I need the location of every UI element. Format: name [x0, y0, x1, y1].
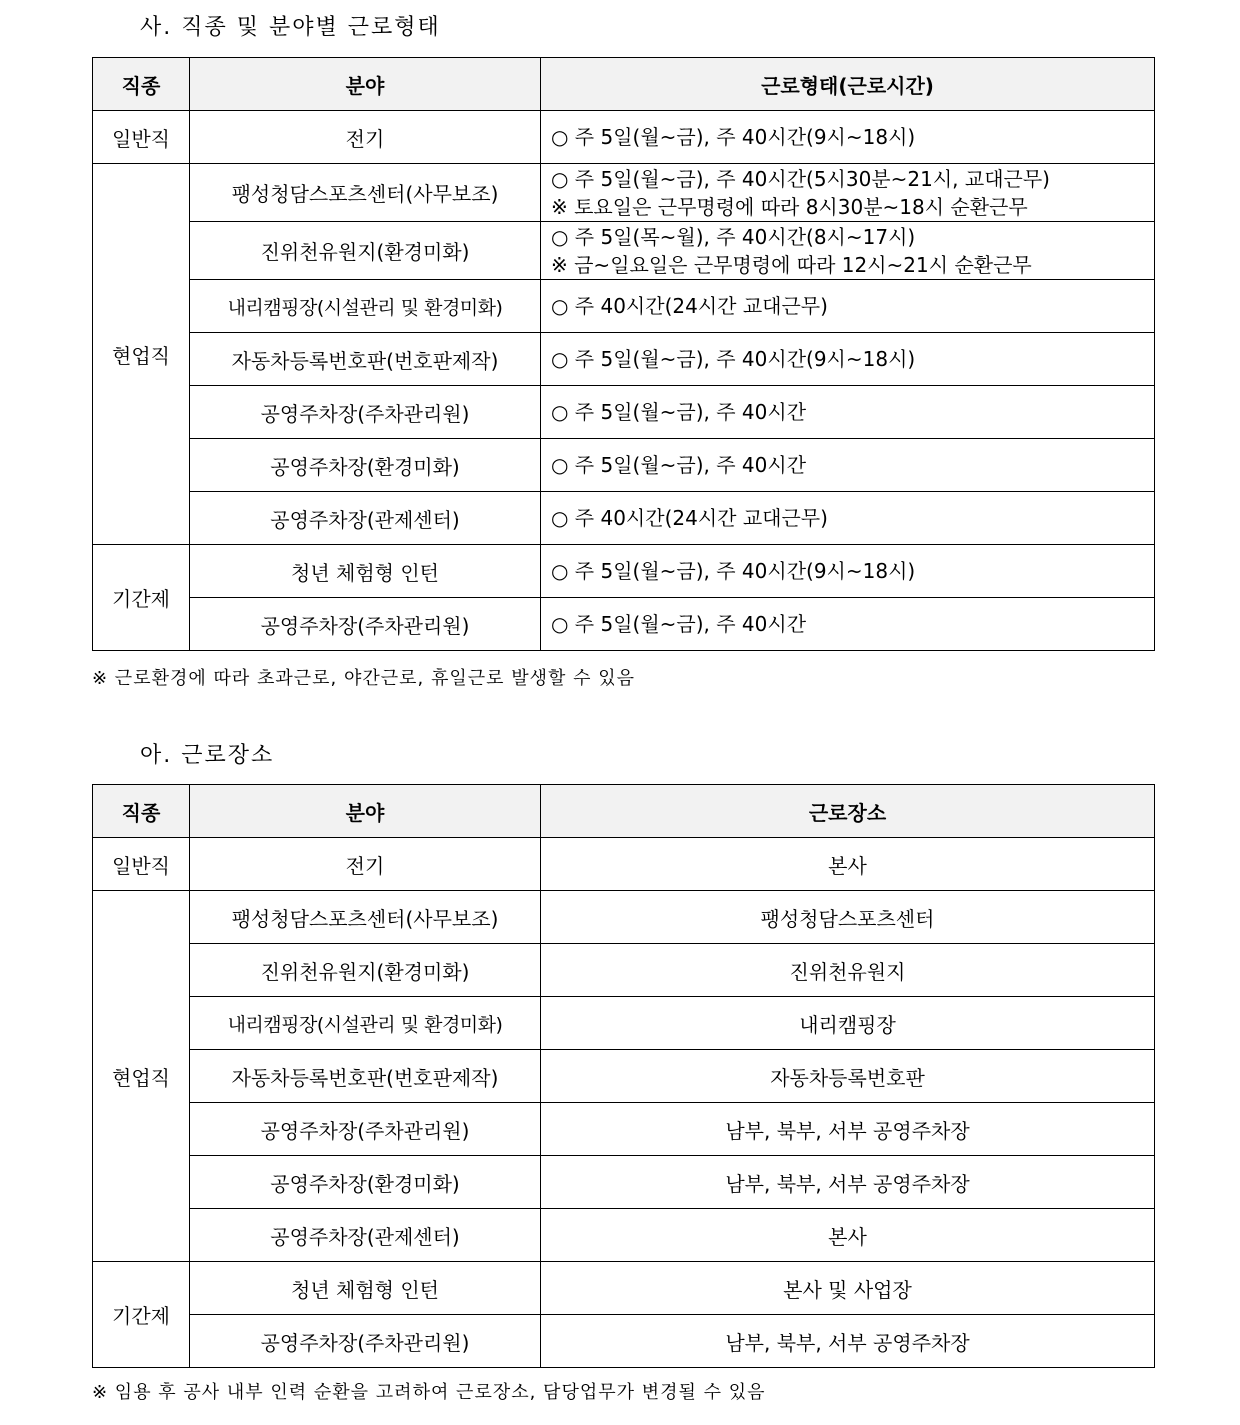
work-type-cell: ○ 주 40시간(24시간 교대근무)	[541, 280, 1155, 333]
table-row: 진위천유원지(환경미화) ○ 주 5일(목~월), 주 40시간(8시~17시)…	[93, 222, 1155, 280]
field-cell: 공영주차장(환경미화)	[190, 439, 541, 492]
field-cell: 전기	[190, 838, 541, 891]
section1-title: 사. 직종 및 분야별 근로형태	[140, 10, 441, 41]
table-row: 공영주차장(주차관리원) 남부, 북부, 서부 공영주차장	[93, 1103, 1155, 1156]
field-cell: 공영주차장(관제센터)	[190, 492, 541, 545]
field-cell: 팽성청담스포츠센터(사무보조)	[190, 164, 541, 222]
field-cell: 내리캠핑장(시설관리 및 환경미화)	[190, 280, 541, 333]
category-cell: 기간제	[93, 545, 190, 651]
header-work-place: 근로장소	[541, 785, 1155, 838]
header-field: 분야	[190, 58, 541, 111]
field-cell: 청년 체험형 인턴	[190, 545, 541, 598]
field-cell: 청년 체험형 인턴	[190, 1262, 541, 1315]
category-cell: 현업직	[93, 891, 190, 1262]
work-type-cell: ○ 주 5일(월~금), 주 40시간	[541, 386, 1155, 439]
place-cell: 남부, 북부, 서부 공영주차장	[541, 1315, 1155, 1368]
section2-title: 아. 근로장소	[140, 738, 274, 769]
header-work-type: 근로형태(근로시간)	[541, 58, 1155, 111]
table-row: 진위천유원지(환경미화) 진위천유원지	[93, 944, 1155, 997]
table-row: 기간제 청년 체험형 인턴 ○ 주 5일(월~금), 주 40시간(9시~18시…	[93, 545, 1155, 598]
place-cell: 내리캠핑장	[541, 997, 1155, 1050]
field-cell: 진위천유원지(환경미화)	[190, 944, 541, 997]
field-cell: 공영주차장(환경미화)	[190, 1156, 541, 1209]
field-cell: 공영주차장(주차관리원)	[190, 1103, 541, 1156]
section2-note: ※ 임용 후 공사 내부 인력 순환을 고려하여 근로장소, 담당업무가 변경될…	[92, 1378, 766, 1404]
header-job-type: 직종	[93, 785, 190, 838]
category-cell: 일반직	[93, 838, 190, 891]
field-cell: 전기	[190, 111, 541, 164]
table-row: 공영주차장(관제센터) ○ 주 40시간(24시간 교대근무)	[93, 492, 1155, 545]
category-cell: 현업직	[93, 164, 190, 545]
work-type-cell: ○ 주 40시간(24시간 교대근무)	[541, 492, 1155, 545]
place-cell: 자동차등록번호판	[541, 1050, 1155, 1103]
category-cell: 기간제	[93, 1262, 190, 1368]
work-place-table: 직종 분야 근로장소 일반직 전기 본사 현업직 팽성청담스포츠센터(사무보조)…	[92, 784, 1155, 1368]
table-row: 일반직 전기 ○ 주 5일(월~금), 주 40시간(9시~18시)	[93, 111, 1155, 164]
table-row: 내리캠핑장(시설관리 및 환경미화) ○ 주 40시간(24시간 교대근무)	[93, 280, 1155, 333]
field-cell: 팽성청담스포츠센터(사무보조)	[190, 891, 541, 944]
work-type-cell: ○ 주 5일(월~금), 주 40시간	[541, 439, 1155, 492]
work-type-cell: ○ 주 5일(월~금), 주 40시간(5시30분~21시, 교대근무) ※ 토…	[541, 164, 1155, 222]
table-row: 자동차등록번호판(번호판제작) 자동차등록번호판	[93, 1050, 1155, 1103]
field-cell: 진위천유원지(환경미화)	[190, 222, 541, 280]
field-cell: 내리캠핑장(시설관리 및 환경미화)	[190, 997, 541, 1050]
work-type-cell: ○ 주 5일(월~금), 주 40시간(9시~18시)	[541, 111, 1155, 164]
header-field: 분야	[190, 785, 541, 838]
table-row: 공영주차장(환경미화) ○ 주 5일(월~금), 주 40시간	[93, 439, 1155, 492]
field-cell: 공영주차장(주차관리원)	[190, 386, 541, 439]
table-row: 현업직 팽성청담스포츠센터(사무보조) ○ 주 5일(월~금), 주 40시간(…	[93, 164, 1155, 222]
work-type-cell: ○ 주 5일(월~금), 주 40시간(9시~18시)	[541, 545, 1155, 598]
section1-note: ※ 근로환경에 따라 초과근로, 야간근로, 휴일근로 발생할 수 있음	[92, 664, 635, 690]
field-cell: 공영주차장(주차관리원)	[190, 1315, 541, 1368]
place-cell: 본사	[541, 838, 1155, 891]
place-cell: 팽성청담스포츠센터	[541, 891, 1155, 944]
category-cell: 일반직	[93, 111, 190, 164]
place-cell: 남부, 북부, 서부 공영주차장	[541, 1156, 1155, 1209]
place-cell: 남부, 북부, 서부 공영주차장	[541, 1103, 1155, 1156]
work-type-table: 직종 분야 근로형태(근로시간) 일반직 전기 ○ 주 5일(월~금), 주 4…	[92, 57, 1155, 651]
table-row: 공영주차장(주차관리원) 남부, 북부, 서부 공영주차장	[93, 1315, 1155, 1368]
work-type-cell: ○ 주 5일(목~월), 주 40시간(8시~17시) ※ 금~일요일은 근무명…	[541, 222, 1155, 280]
field-cell: 공영주차장(주차관리원)	[190, 598, 541, 651]
field-cell: 자동차등록번호판(번호판제작)	[190, 1050, 541, 1103]
table-row: 자동차등록번호판(번호판제작) ○ 주 5일(월~금), 주 40시간(9시~1…	[93, 333, 1155, 386]
field-cell: 자동차등록번호판(번호판제작)	[190, 333, 541, 386]
table-row: 공영주차장(주차관리원) ○ 주 5일(월~금), 주 40시간	[93, 386, 1155, 439]
work-type-cell: ○ 주 5일(월~금), 주 40시간	[541, 598, 1155, 651]
table-row: 공영주차장(주차관리원) ○ 주 5일(월~금), 주 40시간	[93, 598, 1155, 651]
table-row: 내리캠핑장(시설관리 및 환경미화) 내리캠핑장	[93, 997, 1155, 1050]
field-cell: 공영주차장(관제센터)	[190, 1209, 541, 1262]
place-cell: 진위천유원지	[541, 944, 1155, 997]
header-job-type: 직종	[93, 58, 190, 111]
table-row: 공영주차장(관제센터) 본사	[93, 1209, 1155, 1262]
work-type-cell: ○ 주 5일(월~금), 주 40시간(9시~18시)	[541, 333, 1155, 386]
table-row: 공영주차장(환경미화) 남부, 북부, 서부 공영주차장	[93, 1156, 1155, 1209]
table-row: 현업직 팽성청담스포츠센터(사무보조) 팽성청담스포츠센터	[93, 891, 1155, 944]
place-cell: 본사 및 사업장	[541, 1262, 1155, 1315]
place-cell: 본사	[541, 1209, 1155, 1262]
table-row: 일반직 전기 본사	[93, 838, 1155, 891]
table-row: 기간제 청년 체험형 인턴 본사 및 사업장	[93, 1262, 1155, 1315]
